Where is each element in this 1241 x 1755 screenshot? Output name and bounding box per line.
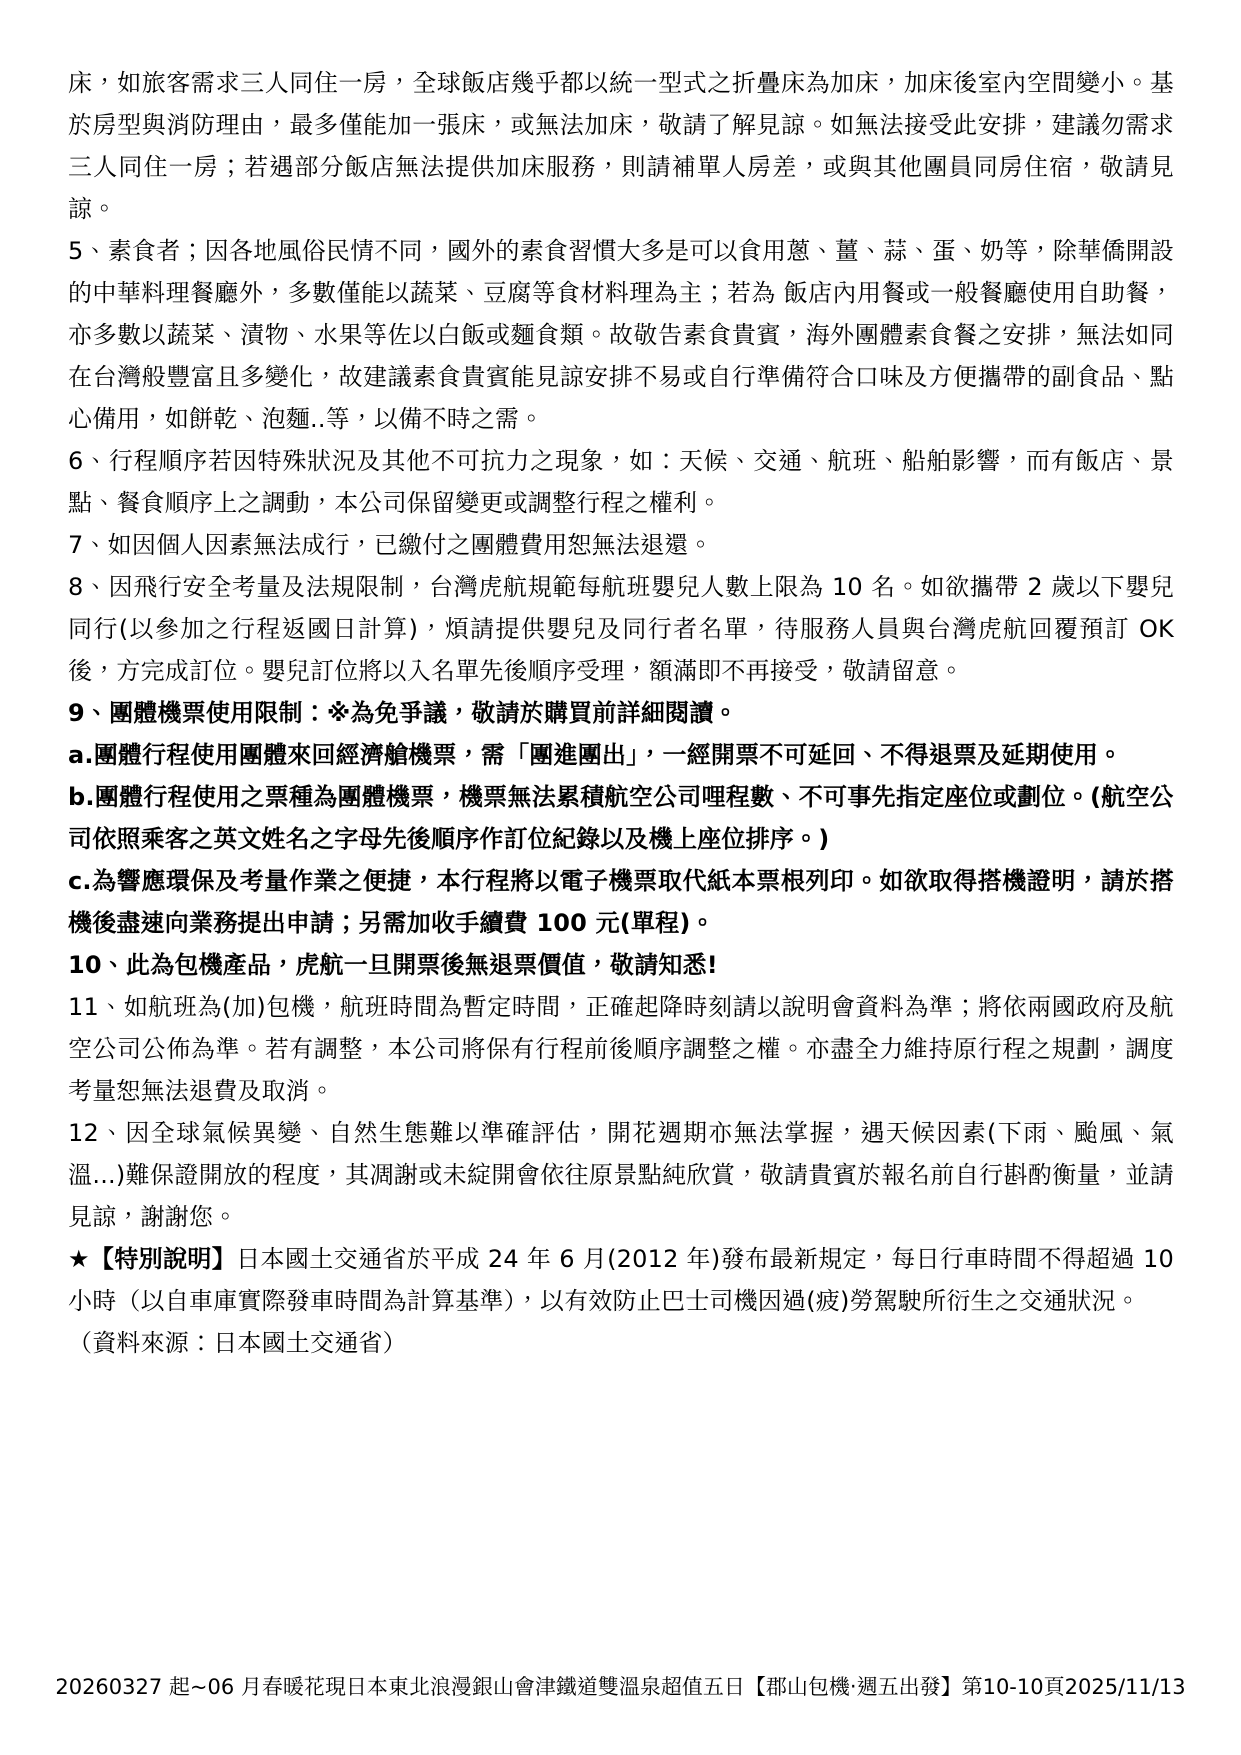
item-9c-e-ticket: c.為響應環保及考量作業之便捷，本行程將以電子機票取代紙本票根列印。如欲取得搭機… — [68, 860, 1174, 944]
item-5-vegetarian: 5、素食者；因各地風俗民情不同，國外的素食習慣大多是可以食用蔥、薑、蒜、蛋、奶等… — [68, 230, 1174, 440]
item-8-infant-limit: 8、因飛行安全考量及法規限制，台灣虎航規範每航班嬰兒人數上限為 10 名。如欲攜… — [68, 566, 1174, 692]
item-9-group-ticket-restriction: 9、團體機票使用限制：※為免爭議，敬請於購買前詳細閱讀。 — [68, 692, 1174, 734]
footer-page-number: 第10-10頁 — [962, 1675, 1065, 1699]
item-6-itinerary-order: 6、行程順序若因特殊狀況及其他不可抗力之現象，如：天候、交通、航班、船舶影響，而… — [68, 440, 1174, 524]
page-footer: 20260327 起~06 月春暖花現日本東北浪漫銀山會津鐵道雙溫泉超值五日【郡… — [0, 1672, 1241, 1702]
item-9a-group-economy-ticket: a.團體行程使用團體來回經濟艙機票，需「團進團出」，一經開票不可延回、不得退票及… — [68, 734, 1174, 776]
item-10-charter-no-refund: 10、此為包機產品，虎航一旦開票後無退票價值，敬請知悉! — [68, 944, 1174, 986]
item-7-no-refund: 7、如因個人因素無法成行，已繳付之團體費用恕無法退還。 — [68, 524, 1174, 566]
item-9b-no-mileage-no-seat: b.團體行程使用之票種為團體機票，機票無法累積航空公司哩程數、不可事先指定座位或… — [68, 776, 1174, 860]
special-note-label: ★【特別說明】 — [68, 1245, 236, 1273]
document-body: 床，如旅客需求三人同住一房，全球飯店幾乎都以統一型式之折疊床為加床，加床後室內空… — [68, 62, 1174, 1364]
paragraph-continuation: 床，如旅客需求三人同住一房，全球飯店幾乎都以統一型式之折疊床為加床，加床後室內空… — [68, 62, 1174, 230]
source-note: （資料來源：日本國土交通省） — [68, 1322, 1174, 1364]
special-note: ★【特別說明】日本國土交通省於平成 24 年 6 月(2012 年)發布最新規定… — [68, 1238, 1174, 1322]
footer-trip-title: 20260327 起~06 月春暖花現日本東北浪漫銀山會津鐵道雙溫泉超值五日【郡… — [55, 1675, 961, 1699]
document-page: 床，如旅客需求三人同住一房，全球飯店幾乎都以統一型式之折疊床為加床，加床後室內空… — [0, 0, 1241, 1755]
footer-date: 2025/11/13 — [1065, 1675, 1186, 1699]
item-12-climate-bloom: 12、因全球氣候異變、自然生態難以準確評估，開花週期亦無法掌握，遇天候因素(下雨… — [68, 1112, 1174, 1238]
item-11-charter-schedule: 11、如航班為(加)包機，航班時間為暫定時間，正確起降時刻請以說明會資料為準；將… — [68, 986, 1174, 1112]
